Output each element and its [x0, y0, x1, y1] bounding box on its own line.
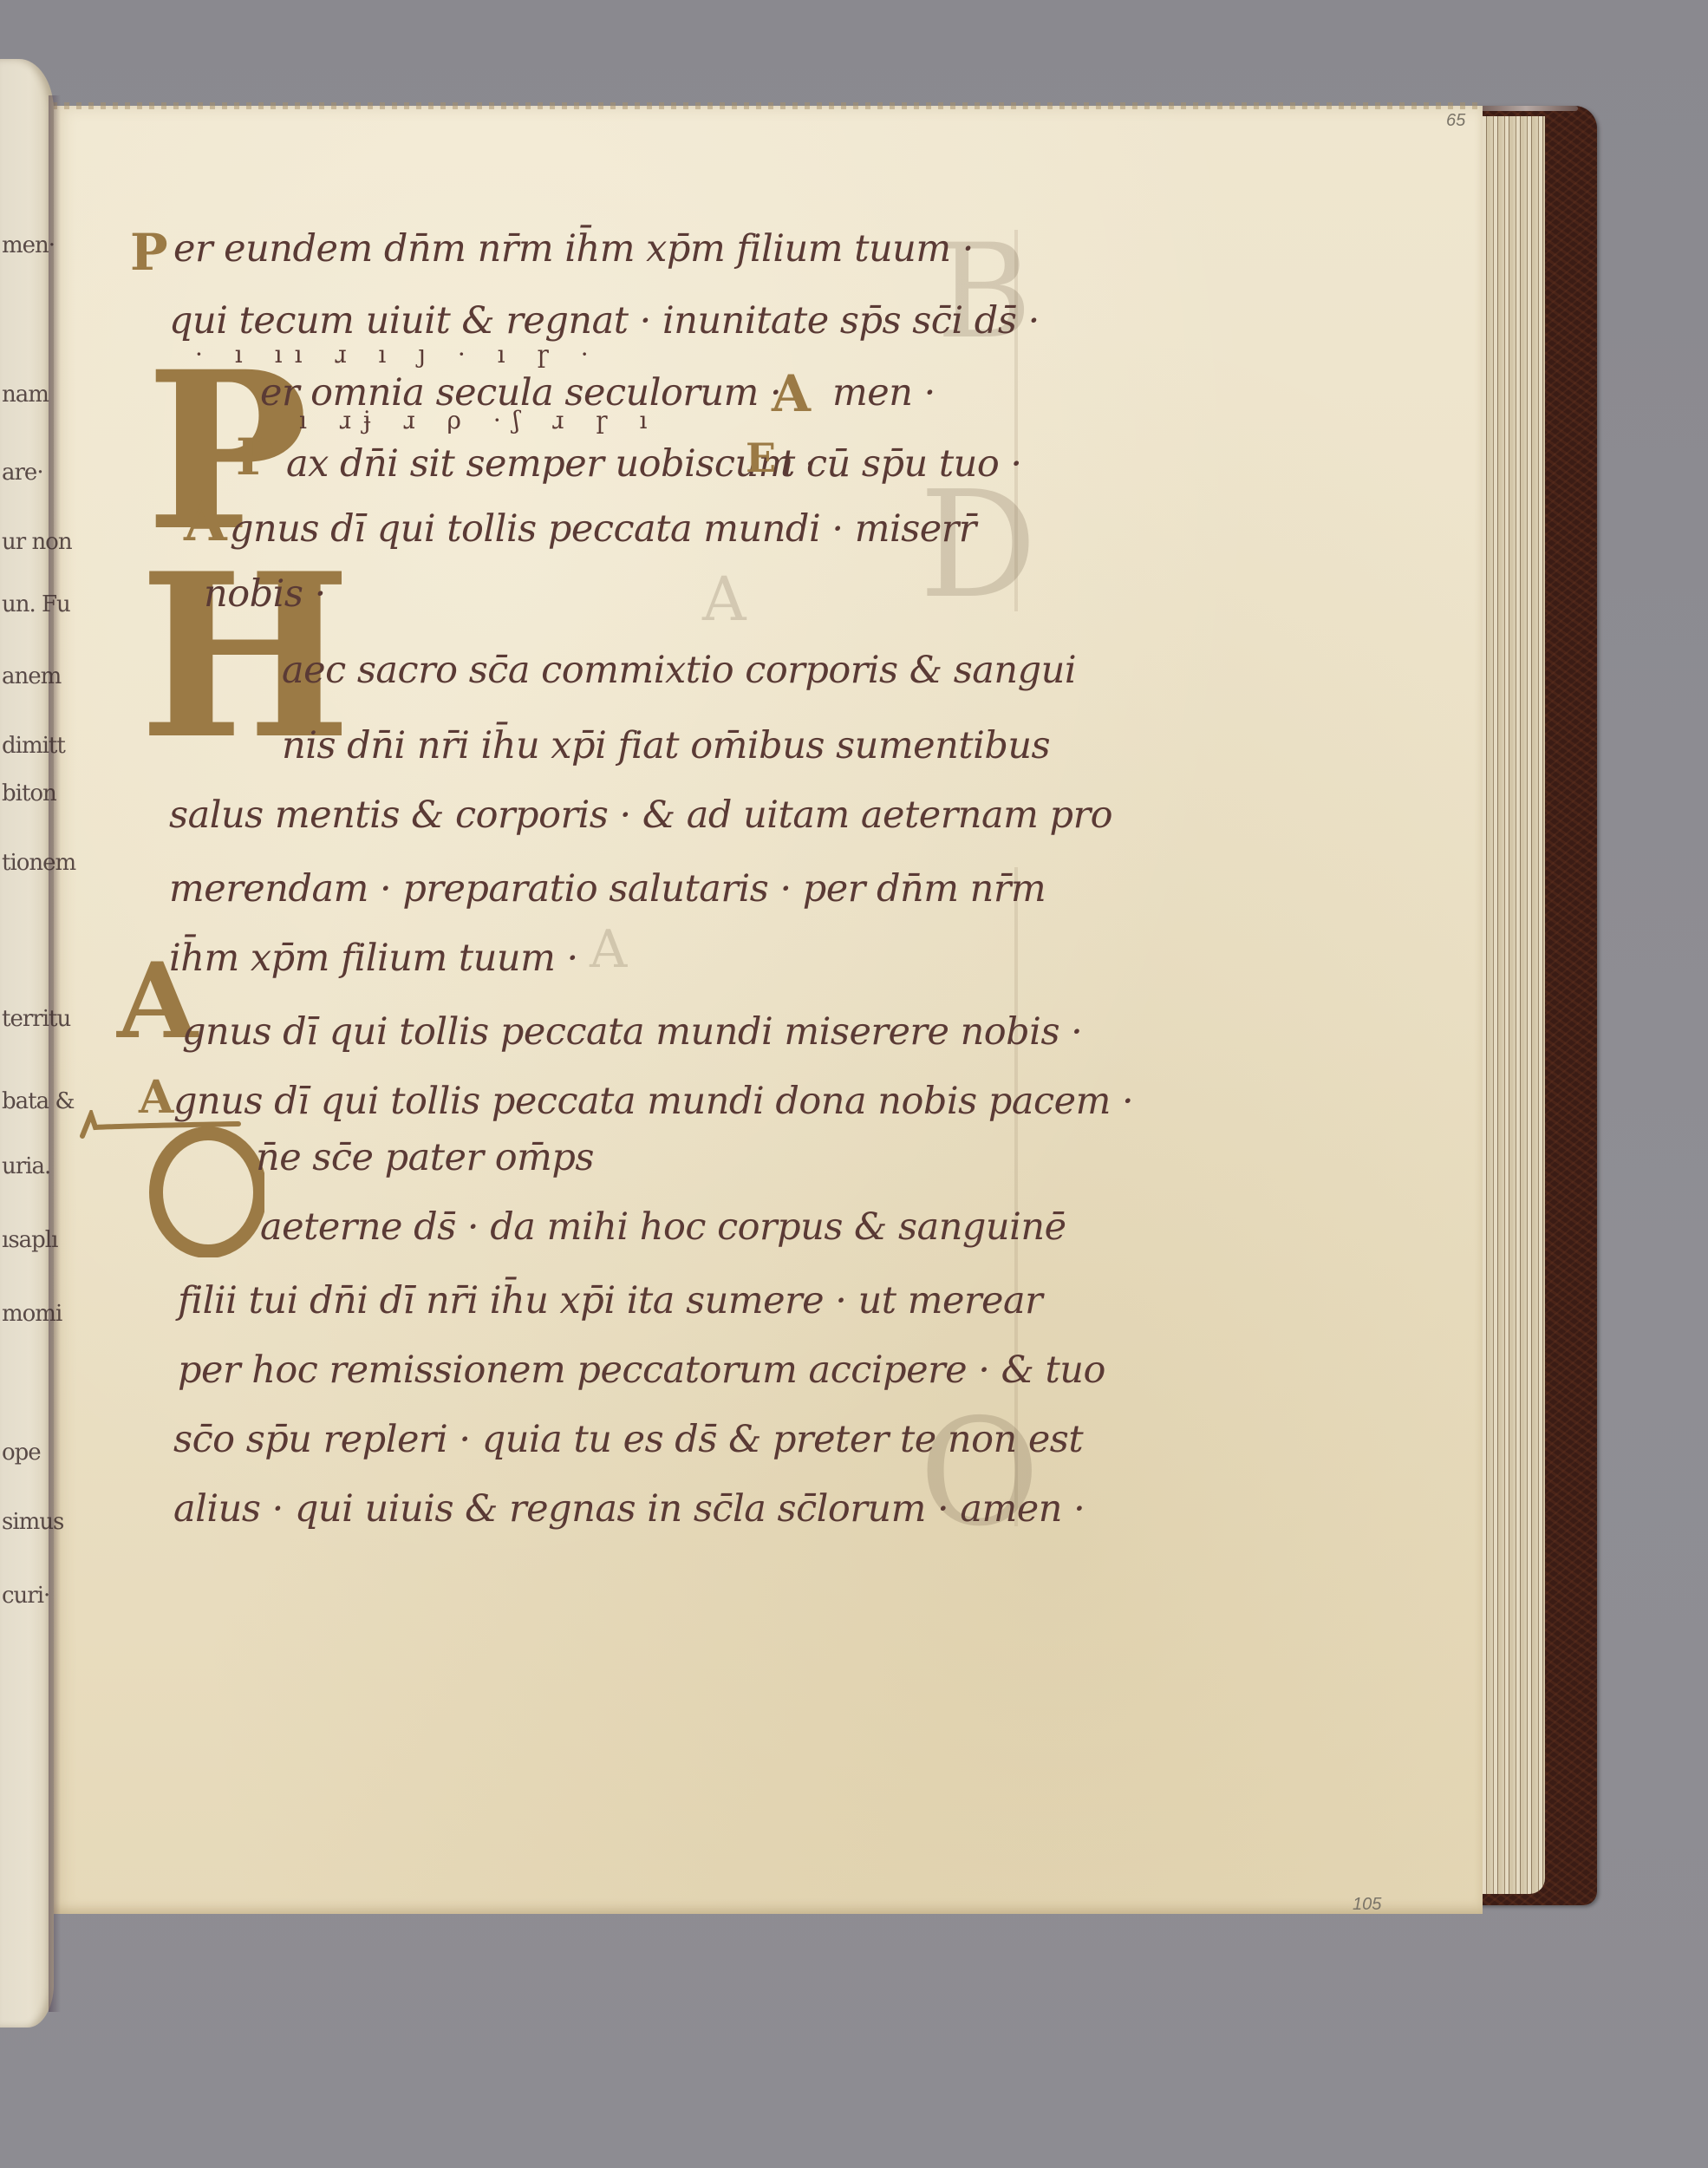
- text-line: alius · qui uiuis & regnas in sc̄la sc̄l…: [173, 1487, 1085, 1531]
- text-line: gnus dī qui tollis peccata mundi dona no…: [173, 1080, 1133, 1123]
- verso-text-fragment: uria.: [2, 1153, 50, 1179]
- verso-text-fragment: ope: [2, 1440, 41, 1466]
- verso-text-fragment: anem: [2, 663, 61, 689]
- verso-text-fragment: curi·: [2, 1583, 49, 1609]
- initial-letter-a: A: [772, 369, 811, 419]
- neume-notation: ı ɹɉ ɹ ρ ·ʃ ɹ ɼ ı: [299, 406, 659, 434]
- initial-letter-e: E: [746, 438, 776, 478]
- text-line: per hoc remissionem peccatorum accipere …: [178, 1348, 1105, 1392]
- initial-letter-p: P: [130, 227, 168, 278]
- verso-text-fragment: ısaplı: [2, 1227, 57, 1253]
- verso-text-fragment: simus: [2, 1509, 63, 1535]
- text-line: ax dn̄i sit semper uobiscum ·: [286, 442, 816, 486]
- text-line: t cū sp̄u tuo ·: [780, 442, 1022, 486]
- verso-text-fragment: nam: [2, 382, 49, 408]
- folio-number-bottom: 105: [1353, 1895, 1381, 1915]
- binding-edge-highlight: [1474, 106, 1578, 111]
- text-line: men ·: [832, 371, 935, 415]
- text-line: aec sacro sc̄a commixtio corporis & sang…: [282, 649, 1076, 692]
- verso-text-fragment: momi: [2, 1301, 62, 1327]
- verso-page-edge: [0, 59, 54, 2028]
- verso-text-fragment: men·: [2, 232, 55, 258]
- show-through-letter: A: [590, 919, 627, 980]
- verso-text-fragment: ur non: [2, 529, 72, 555]
- large-initial-o-flourish: [65, 1110, 264, 1257]
- verso-text-fragment: dimitt: [2, 733, 65, 759]
- verso-text-fragment: un. Fu: [2, 591, 70, 617]
- verso-text-fragment: are·: [2, 460, 43, 486]
- page-top-edge: [52, 102, 1483, 109]
- verso-text-fragment: biton: [2, 780, 56, 806]
- text-line: nis dn̄i nr̄i ih̄u xp̄i fiat om̄ibus sum…: [282, 724, 1050, 767]
- verso-text-fragment: tionem: [2, 850, 75, 876]
- text-line: filii tui dn̄i dī nr̄i ih̄u xp̄i ita sum…: [178, 1279, 1042, 1322]
- text-line: merendam · preparatio salutaris · per dn…: [169, 867, 1046, 911]
- fore-edge-page-stack: [1479, 116, 1545, 1894]
- text-line: n̄e sc̄e pater om̄ps: [256, 1136, 594, 1179]
- show-through-letter: O: [919, 1388, 1040, 1559]
- text-line: salus mentis & corporis · & ad uitam aet…: [169, 793, 1112, 837]
- verso-text-fragment: bata &: [2, 1088, 75, 1114]
- verso-text-fragment: territu: [2, 1006, 70, 1032]
- text-line: ih̄m xp̄m filium tuum ·: [169, 937, 578, 980]
- text-line: nobis ·: [204, 572, 326, 616]
- text-line: gnus dī qui tollis peccata mundi miserer…: [182, 1010, 1082, 1054]
- text-line: er eundem dn̄m nr̄m ih̄m xp̄m filium tuu…: [173, 227, 974, 271]
- initial-letter-p: P: [236, 432, 274, 482]
- show-through-letter: A: [702, 564, 746, 635]
- folio-number-top: 65: [1446, 111, 1465, 131]
- text-line: sc̄o sp̄u repleri · quia tu es ds̄ & pre…: [173, 1418, 1083, 1461]
- text-line: aeterne ds̄ · da mihi hoc corpus & sangu…: [260, 1205, 1066, 1249]
- gutter-shadow: [49, 95, 61, 2012]
